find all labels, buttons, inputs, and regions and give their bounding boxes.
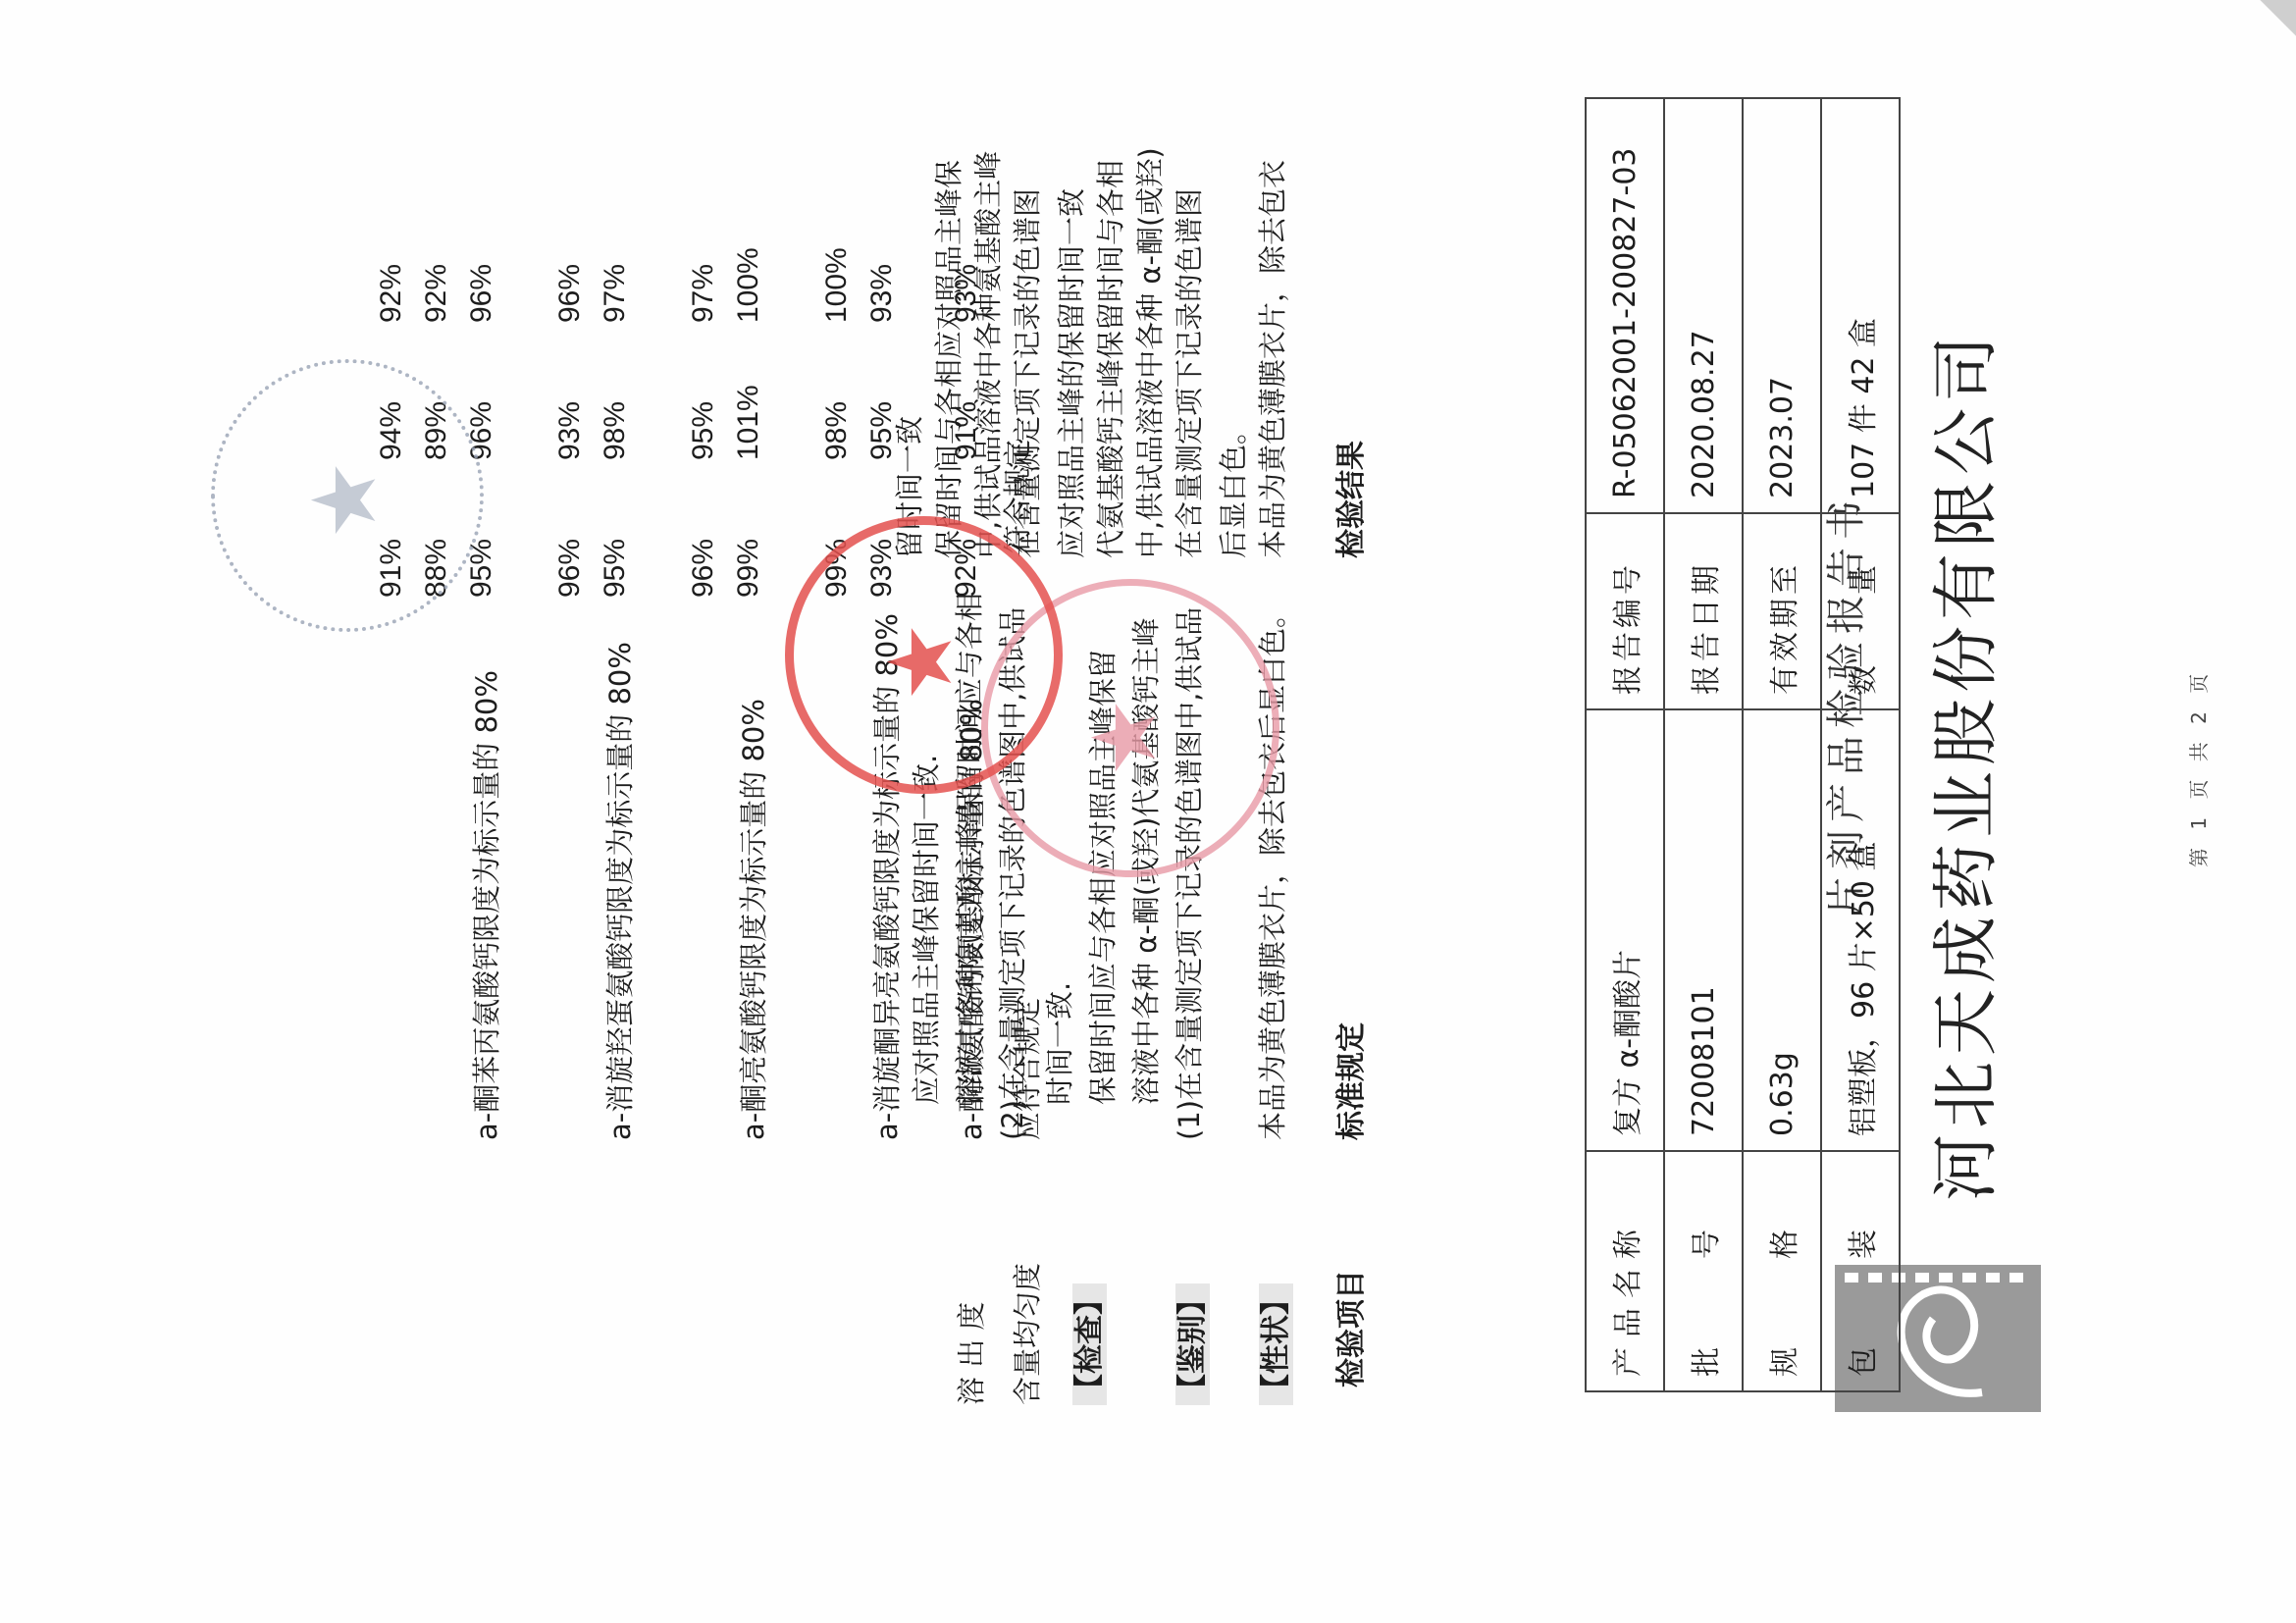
dissolution-value: 96% (553, 539, 587, 598)
dissolution-value: 96% (687, 539, 720, 598)
dissolution-value: 96% (465, 264, 498, 323)
dissolution-value: 93% (950, 264, 983, 323)
dissolution-value: 95% (687, 401, 720, 460)
table-row: 批 号 72008101 报告日期 2020.08.27 (1664, 98, 1743, 1391)
star-icon: ★ (1081, 698, 1170, 777)
dissolution-value: 97% (599, 264, 632, 323)
content-uniformity-result: 符合规定 (996, 440, 1036, 553)
content-uniformity-name: 含量均匀度 (1006, 1263, 1046, 1405)
gray-stamp: ★ (211, 359, 484, 632)
dissolution-value: 95% (865, 401, 899, 460)
package-value: 铝塑板，96 片×50 盒 (1821, 709, 1900, 1151)
company-quality-stamp: ★ (785, 516, 1063, 794)
text-line: 本品为黄色薄膜衣片，除去包衣 (1251, 160, 1291, 558)
dissolution-value: 92% (375, 264, 408, 323)
dissolution-value: 100% (820, 247, 854, 323)
dissolution-value: 92% (420, 264, 453, 323)
dissolution-value: 91% (950, 401, 983, 460)
column-result-header: 检验结果 (1327, 441, 1370, 558)
expiry-label: 有效期至 (1743, 513, 1821, 709)
text-line: 中,供试品溶液中各种 α-酮(或羟) (1128, 147, 1169, 558)
batch-label: 批 号 (1664, 1151, 1743, 1391)
product-info-table: 产品名称 复方 α-酮酸片 报告编号 R-05062001-200827-03 … (1585, 97, 1901, 1392)
text-line: 保留时间与各相应对照品主峰保 (927, 160, 967, 558)
report-date-value: 2020.08.27 (1664, 98, 1743, 513)
quantity-label: 数 量 (1821, 513, 1900, 709)
quantity-value: 107 件 42 盒 (1821, 98, 1900, 513)
product-name-label: 产品名称 (1586, 1151, 1664, 1391)
batch-value: 72008101 (1664, 709, 1743, 1151)
star-icon: ★ (301, 460, 390, 540)
dissolution-value: 93% (553, 401, 587, 460)
checks-label: 【检查】 (1072, 1283, 1107, 1405)
expiry-value: 2023.07 (1743, 98, 1821, 513)
text-line: 应对照品主峰保留时间一致. (905, 755, 945, 1105)
dissolution-value: 98% (599, 401, 632, 460)
dissolution-value: 101% (732, 385, 765, 460)
text-line: 后显白色。 (1212, 416, 1252, 558)
page-corner-fold (2237, 0, 2296, 59)
star-icon: ★ (877, 622, 965, 702)
product-name-value: 复方 α-酮酸片 (1586, 709, 1664, 1151)
dissolution-value: 97% (687, 264, 720, 323)
report-no-label: 报告编号 (1586, 513, 1664, 709)
identification-label: 【鉴别】 (1175, 1283, 1210, 1405)
inspection-report-page: 河北天成药业股份有限公司 片剂产品检验报告书 产品名称 复方 α-酮酸片 报告编… (0, 0, 2296, 1623)
page-footer: 第 1 页 共 2 页 (2183, 668, 2212, 867)
checks-section-label: 【检查】 (1065, 1283, 1108, 1405)
package-label: 包 装 (1821, 1151, 1900, 1391)
column-standard-header: 标准规定 (1327, 1022, 1370, 1140)
content-uniformity-standard: 应符合规定 (1006, 998, 1046, 1140)
report-no-value: R-05062001-200827-03 (1586, 98, 1664, 513)
dissolution-value: 93% (865, 264, 899, 323)
character-section-label: 【性状】 (1251, 1283, 1294, 1405)
table-row: 产品名称 复方 α-酮酸片 报告编号 R-05062001-200827-03 (1586, 98, 1664, 1391)
table-row: 规 格 0.63g 有效期至 2023.07 (1743, 98, 1821, 1391)
report-date-label: 报告日期 (1664, 513, 1743, 709)
character-label: 【性状】 (1259, 1283, 1293, 1405)
spec-label: 规 格 (1743, 1151, 1821, 1391)
dissolution-value: 95% (599, 539, 632, 598)
spec-value: 0.63g (1743, 709, 1821, 1151)
identification-section-label: 【鉴别】 (1168, 1283, 1211, 1405)
text-line: 代氨基酸钙主峰保留时间与各相 (1089, 160, 1129, 558)
dissolution-standard: a-酮亮氨酸钙限度为标示量的 80% (732, 699, 772, 1140)
text-line: 应对照品主峰的保留时间一致 (1050, 188, 1090, 558)
table-row: 包 装 铝塑板，96 片×50 盒 数 量 107 件 42 盒 (1821, 98, 1900, 1391)
dissolution-standard: a-消旋羟蛋氨酸钙限度为标示量的 80% (599, 642, 639, 1140)
column-item-header: 检验项目 (1327, 1270, 1370, 1387)
company-name: 河北天成药业股份有限公司 (1913, 330, 2009, 1201)
dissolution-standard: a-酮苯丙氨酸钙限度为标示量的 80% (465, 670, 505, 1140)
dissolution-value: 96% (553, 264, 587, 323)
dissolution-value: 100% (732, 247, 765, 323)
dissolution-value: 98% (820, 401, 854, 460)
dissolution-name: 溶 出 度 (950, 1302, 990, 1405)
text-line: 在含量测定项下记录的色谱图 (1168, 188, 1208, 558)
dissolution-value: 99% (732, 539, 765, 598)
